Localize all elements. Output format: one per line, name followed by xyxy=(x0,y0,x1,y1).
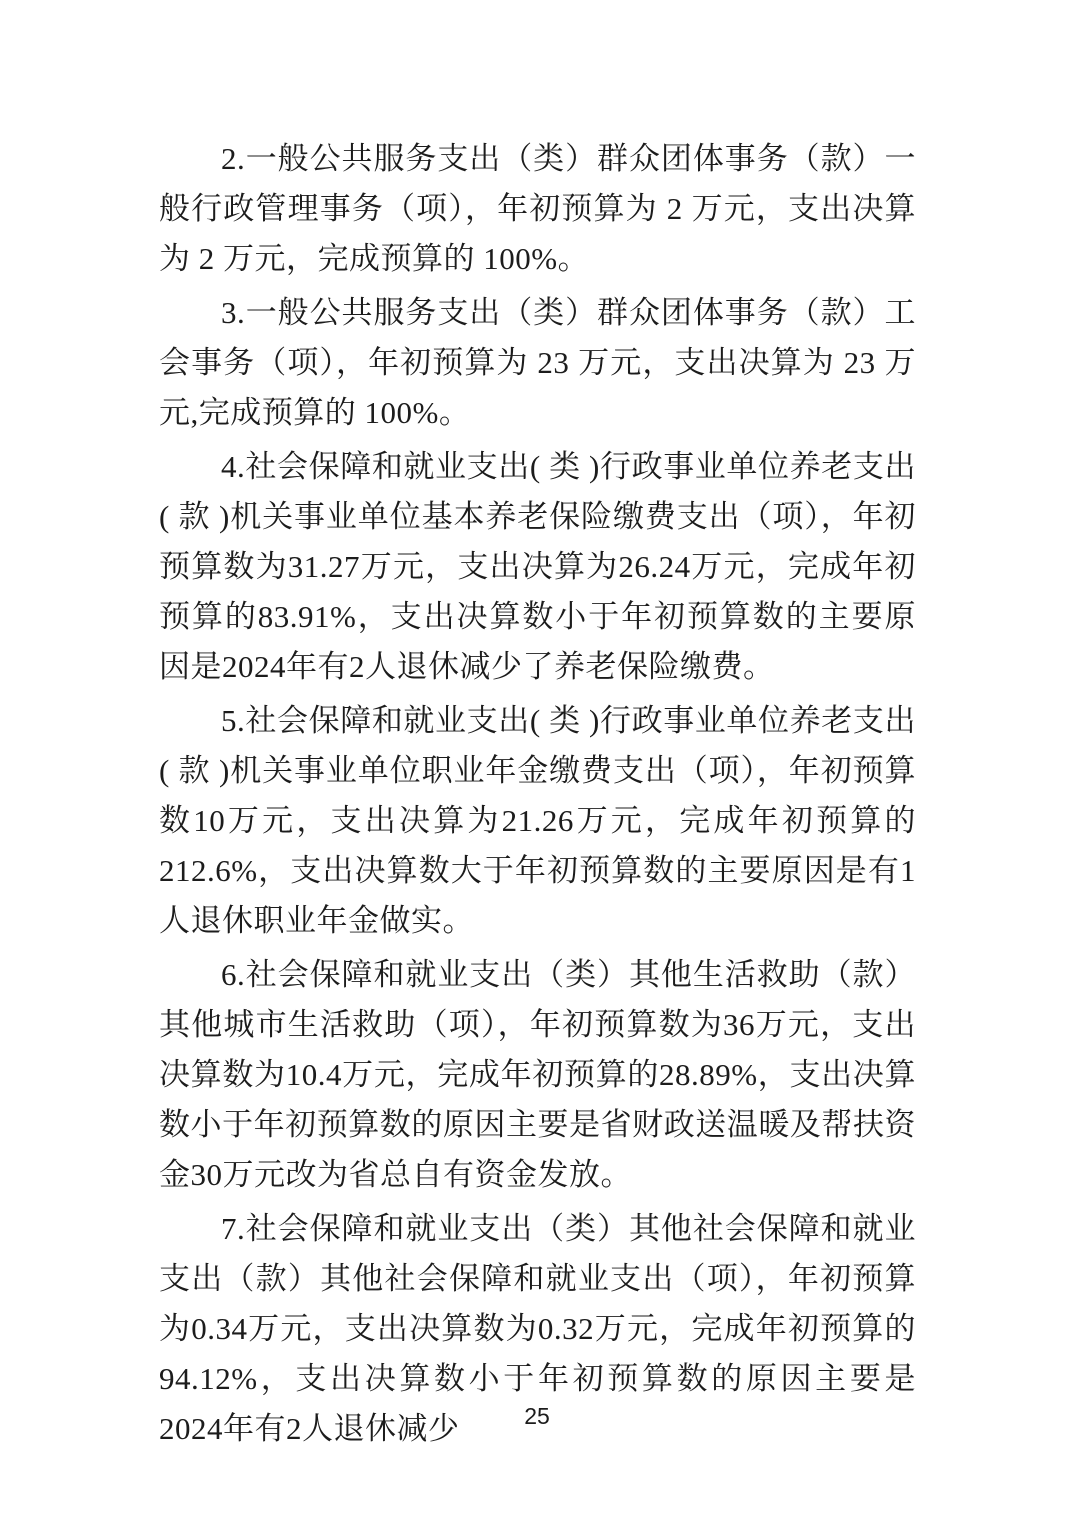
document-page: 2.一般公共服务支出（类）群众团体事务（款）一般行政管理事务（项），年初预算为 … xyxy=(0,0,1074,1520)
paragraph-budget-item-2: 2.一般公共服务支出（类）群众团体事务（款）一般行政管理事务（项），年初预算为 … xyxy=(159,134,916,284)
paragraph-budget-item-6: 6.社会保障和就业支出（类）其他生活救助（款）其他城市生活救助（项），年初预算数… xyxy=(159,950,916,1200)
paragraph-budget-item-5: 5.社会保障和就业支出( 类 )行政事业单位养老支出( 款 )机关事业单位职业年… xyxy=(159,696,916,946)
paragraph-budget-item-3: 3.一般公共服务支出（类）群众团体事务（款）工会事务（项），年初预算为 23 万… xyxy=(159,288,916,438)
page-footer: 25 xyxy=(0,1403,1074,1430)
document-body: 2.一般公共服务支出（类）群众团体事务（款）一般行政管理事务（项），年初预算为 … xyxy=(159,134,916,1458)
paragraph-budget-item-4: 4.社会保障和就业支出( 类 )行政事业单位养老支出( 款 )机关事业单位基本养… xyxy=(159,442,916,692)
page-number: 25 xyxy=(524,1403,550,1429)
